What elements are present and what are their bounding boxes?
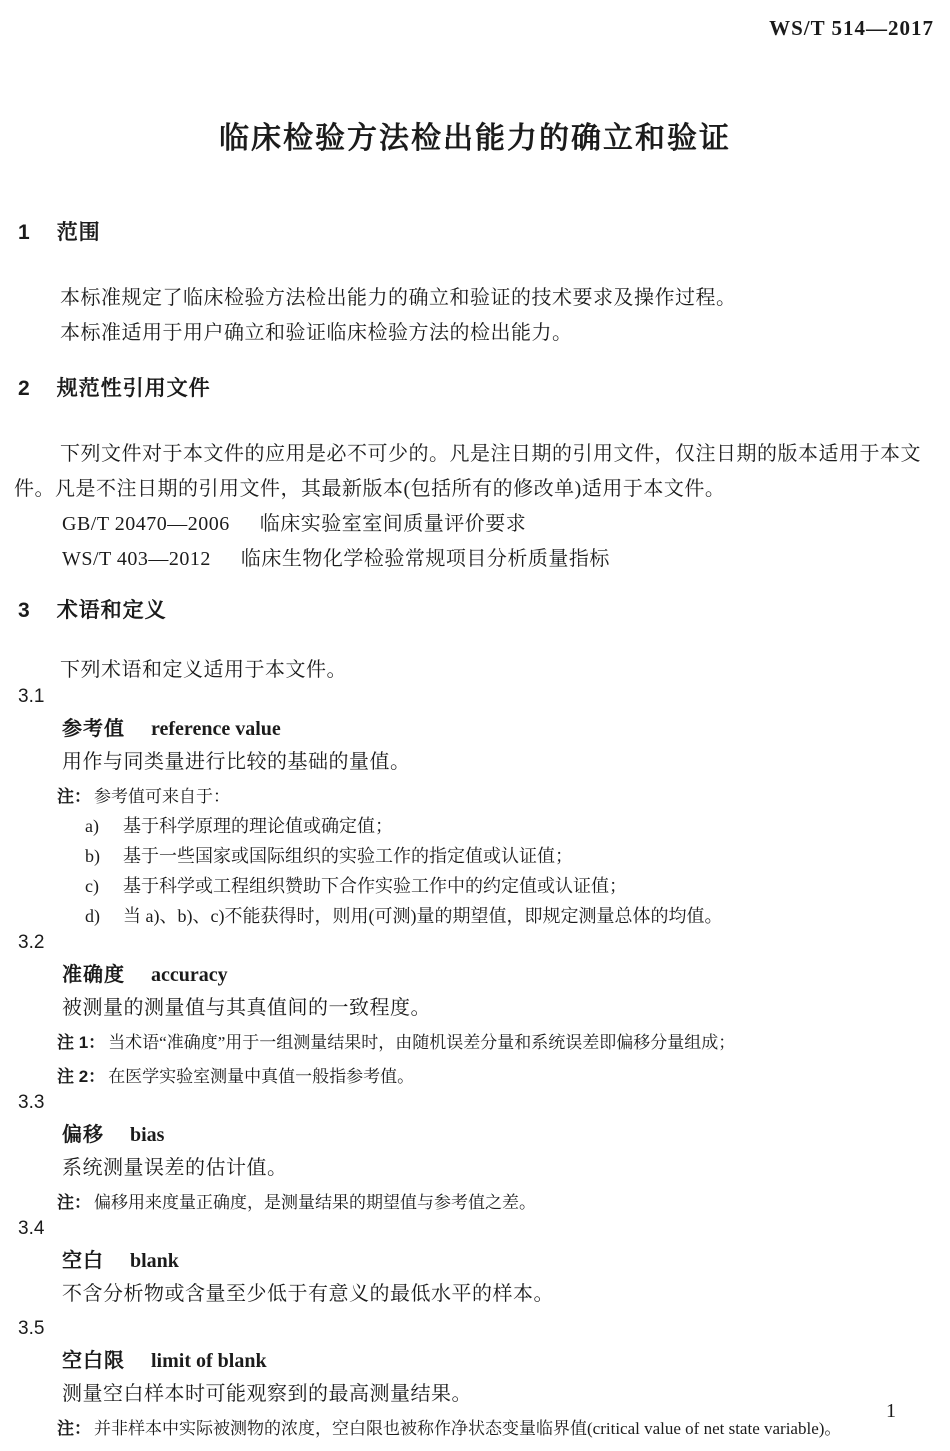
reference-1-code: GB/T 20470—2006	[62, 513, 230, 535]
section-1-title: 范围	[57, 221, 101, 244]
note-label: 注：	[57, 1193, 91, 1212]
reference-1-title: 临床实验室室间质量评价要求	[260, 513, 527, 535]
list-item-a-text: 基于科学原理的理论值或确定值；	[123, 816, 393, 836]
terms-intro: 下列术语和定义适用于本文件。	[14, 655, 936, 685]
term-3-2-note-2: 注 2：在医学实验室测量中真值一般指参考值。	[57, 1063, 936, 1091]
term-3-4-zh: 空白	[62, 1250, 104, 1272]
section-2-number: 2	[18, 377, 31, 400]
list-item-d: d)当 a)、b)、c)不能获得时，则用(可测)量的期望值，即规定测量总体的均值…	[0, 901, 936, 931]
reference-entry-1: GB/T 20470—2006临床实验室室间质量评价要求	[62, 507, 936, 542]
reference-2-code: WS/T 403—2012	[62, 548, 211, 570]
term-3-4: 空白blank	[62, 1247, 950, 1275]
scope-paragraph-2: 本标准适用于用户确立和验证临床检验方法的检出能力。	[14, 316, 936, 351]
term-3-5-note: 注：并非样本中实际被测物的浓度，空白限也被称作净状态变量临界值(critical…	[57, 1415, 936, 1443]
term-3-3: 偏移bias	[62, 1121, 950, 1149]
list-item-a-letter: a)	[85, 811, 99, 841]
term-3-2-note-1: 注 1：当术语“准确度”用于一组测量结果时，由随机误差分量和系统误差即偏移分量组…	[57, 1029, 936, 1057]
section-2-title: 规范性引用文件	[57, 377, 211, 400]
term-3-1-definition: 用作与同类量进行比较的基础的量值。	[62, 747, 936, 777]
term-3-2: 准确度accuracy	[62, 961, 950, 989]
scope-paragraph-1: 本标准规定了临床检验方法检出能力的确立和验证的技术要求及操作过程。	[14, 281, 936, 316]
term-3-3-zh: 偏移	[62, 1124, 104, 1146]
list-item-d-text: 当 a)、b)、c)不能获得时，则用(可测)量的期望值，即规定测量总体的均值。	[123, 906, 722, 926]
term-3-5-en: limit of blank	[151, 1350, 267, 1372]
term-3-1-en: reference value	[151, 718, 281, 740]
list-item-d-letter: d)	[85, 901, 100, 931]
term-3-5: 空白限limit of blank	[62, 1347, 950, 1375]
reference-entry-2: WS/T 403—2012临床生物化学检验常规项目分析质量指标	[62, 542, 936, 577]
term-3-4-definition: 不含分析物或含量至少低于有意义的最低水平的样本。	[62, 1279, 936, 1309]
section-1-heading: 1范围	[18, 219, 950, 247]
clause-number-3-1: 3.1	[18, 685, 950, 709]
normative-references-paragraph: 下列文件对于本文件的应用是必不可少的。凡是注日期的引用文件，仅注日期的版本适用于…	[14, 437, 936, 507]
list-item-b: b)基于一些国家或国际组织的实验工作的指定值或认证值；	[0, 841, 936, 871]
clause-number-3-3: 3.3	[18, 1091, 950, 1115]
list-item-b-letter: b)	[85, 841, 100, 871]
note-text: 在医学实验室测量中真值一般指参考值。	[108, 1067, 414, 1086]
clause-number-3-2: 3.2	[18, 931, 950, 955]
term-3-2-en: accuracy	[151, 964, 228, 986]
note-text: 并非样本中实际被测物的浓度，空白限也被称作净状态变量临界值(critical v…	[94, 1419, 841, 1438]
doc-number: WS/T 514—2017	[769, 16, 934, 40]
section-3-number: 3	[18, 599, 31, 622]
note-label: 注：	[57, 787, 91, 806]
section-1-number: 1	[18, 221, 31, 244]
note-text: 参考值可来自于：	[94, 787, 230, 806]
term-3-1-zh: 参考值	[62, 718, 125, 740]
term-3-4-en: blank	[130, 1250, 179, 1272]
term-3-2-definition: 被测量的测量值与其真值间的一致程度。	[62, 993, 936, 1023]
note-label: 注 2：	[57, 1067, 105, 1086]
list-item-b-text: 基于一些国家或国际组织的实验工作的指定值或认证值；	[123, 846, 573, 866]
clause-number-3-4: 3.4	[18, 1217, 950, 1241]
note-text: 偏移用来度量正确度，是测量结果的期望值与参考值之差。	[94, 1193, 536, 1212]
term-3-3-en: bias	[130, 1124, 164, 1146]
section-2-heading: 2规范性引用文件	[18, 375, 950, 403]
note-label: 注：	[57, 1419, 91, 1438]
list-item-c-letter: c)	[85, 871, 99, 901]
term-3-1: 参考值reference value	[62, 715, 950, 743]
term-3-3-note: 注：偏移用来度量正确度，是测量结果的期望值与参考值之差。	[57, 1189, 936, 1217]
doc-title: 临床检验方法检出能力的确立和验证	[0, 117, 950, 161]
term-3-5-definition: 测量空白样本时可能观察到的最高测量结果。	[62, 1379, 936, 1409]
list-item-c-text: 基于科学或工程组织赞助下合作实验工作中的约定值或认证值；	[123, 876, 627, 896]
list-item-c: c)基于科学或工程组织赞助下合作实验工作中的约定值或认证值；	[0, 871, 936, 901]
note-label: 注 1：	[57, 1033, 105, 1052]
term-3-1-note: 注：参考值可来自于：	[57, 783, 936, 811]
term-3-5-zh: 空白限	[62, 1350, 125, 1372]
doc-header: WS/T 514—2017	[0, 0, 950, 41]
note-text: 当术语“准确度”用于一组测量结果时，由随机误差分量和系统误差即偏移分量组成；	[108, 1033, 735, 1052]
clause-number-3-5: 3.5	[18, 1317, 950, 1341]
section-3-title: 术语和定义	[57, 599, 167, 622]
term-3-2-zh: 准确度	[62, 964, 125, 986]
page-number: 1	[886, 1400, 896, 1423]
reference-2-title: 临床生物化学检验常规项目分析质量指标	[241, 548, 610, 570]
section-3-heading: 3术语和定义	[18, 597, 950, 625]
list-item-a: a)基于科学原理的理论值或确定值；	[0, 811, 936, 841]
document-page: WS/T 514—2017 临床检验方法检出能力的确立和验证 1范围 本标准规定…	[0, 0, 950, 1451]
term-3-3-definition: 系统测量误差的估计值。	[62, 1153, 936, 1183]
